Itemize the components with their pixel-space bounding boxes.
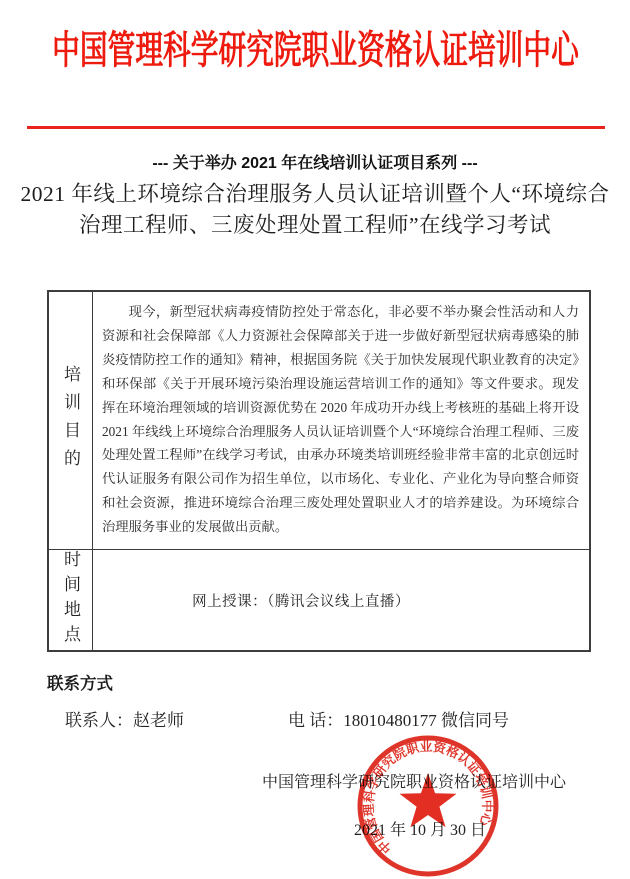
table-row-venue: 时间地点 网上授课：（腾讯会议线上直播） xyxy=(49,550,589,650)
table-row-purpose: 培训目的 现今，新型冠状病毒疫情防控处于常态化，非必要不举办聚会性活动和人力资源… xyxy=(49,292,589,550)
info-table: 培训目的 现今，新型冠状病毒疫情防控处于常态化，非必要不举办聚会性活动和人力资源… xyxy=(47,290,591,652)
org-header-title: 中国管理科学研究院职业资格认证培训中心 xyxy=(0,24,630,71)
venue-label: 时间地点 xyxy=(58,550,83,650)
signature-org-name: 中国管理科学研究院职业资格认证培训中心 xyxy=(262,769,566,792)
purpose-content-cell: 现今，新型冠状病毒疫情防控处于常态化，非必要不举办聚会性活动和人力资源和社会保障… xyxy=(93,292,589,549)
header-divider-rule xyxy=(27,126,605,129)
document-title-line2: 治理工程师、三废处理处置工程师”在线学习考试 xyxy=(0,210,630,241)
contact-section-title: 联系方式 xyxy=(47,670,113,694)
contact-person: 联系人：赵老师 xyxy=(65,706,184,731)
seal-ring xyxy=(360,738,496,874)
contact-phone: 电 话：18010480177 微信同号 xyxy=(288,706,509,731)
series-subtitle: --- 关于举办 2021 年在线培训认证项目系列 --- xyxy=(0,150,630,173)
document-page: 中国管理科学研究院职业资格认证培训中心 --- 关于举办 2021 年在线培训认… xyxy=(0,0,630,879)
venue-label-cell: 时间地点 xyxy=(49,550,93,650)
official-seal-stamp: 中国管理科学研究院职业资格认证培训中心 xyxy=(353,731,503,879)
venue-text: 网上授课：（腾讯会议线上直播） xyxy=(192,590,410,611)
document-title: 2021 年线上环境综合治理服务人员认证培训暨个人“环境综合 治理工程师、三废处… xyxy=(0,179,630,241)
document-title-line1: 2021 年线上环境综合治理服务人员认证培训暨个人“环境综合 xyxy=(0,179,630,210)
document-date: 2021 年 10 月 30 日 xyxy=(342,817,498,840)
org-header-text: 中国管理科学研究院职业资格认证培训中心 xyxy=(52,20,579,75)
purpose-label-cell: 培训目的 xyxy=(49,292,93,549)
purpose-paragraph: 现今，新型冠状病毒疫情防控处于常态化，非必要不举办聚会性活动和人力资源和社会保障… xyxy=(102,300,579,539)
purpose-label: 培训目的 xyxy=(58,365,83,477)
venue-content-cell: 网上授课：（腾讯会议线上直播） xyxy=(93,550,589,650)
